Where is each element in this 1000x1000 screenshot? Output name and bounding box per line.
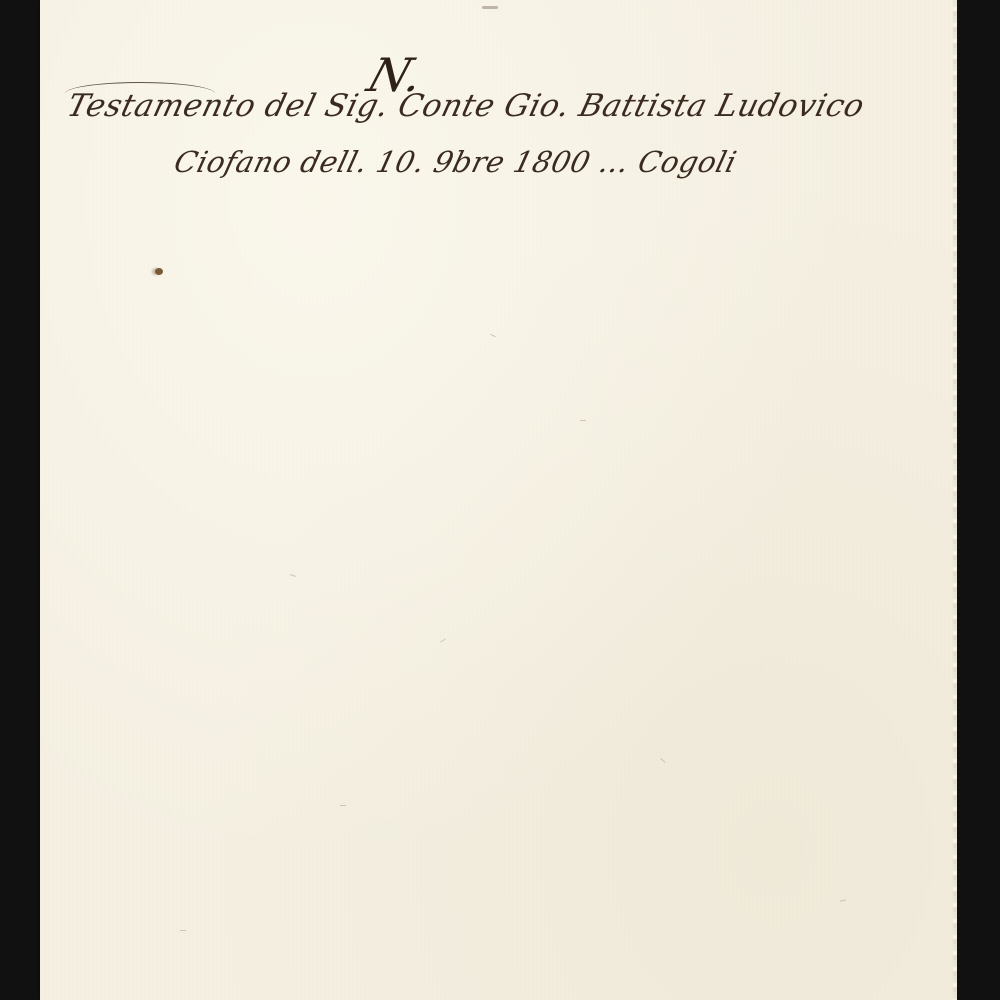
ink-spot — [155, 268, 163, 275]
paper-fleck — [660, 758, 665, 763]
scan-background: N. Testamento del Sig. Conte Gio. Battis… — [0, 0, 1000, 1000]
smudge-mark — [482, 6, 498, 9]
paper-fleck — [490, 334, 496, 337]
paper-fleck — [580, 420, 586, 421]
title-line-1: Testamento del Sig. Conte Gio. Battista … — [64, 88, 869, 124]
paper-fleck — [340, 805, 346, 806]
paper-fleck — [440, 639, 446, 643]
manuscript-page: N. Testamento del Sig. Conte Gio. Battis… — [40, 0, 955, 1000]
title-line-2: Ciofano dell. 10. 9bre 1800 … Cogoli — [171, 145, 741, 179]
paper-fleck — [290, 574, 296, 577]
deckled-paper-edge — [953, 0, 957, 1000]
paper-fleck — [840, 899, 846, 902]
paper-fleck — [180, 930, 186, 931]
